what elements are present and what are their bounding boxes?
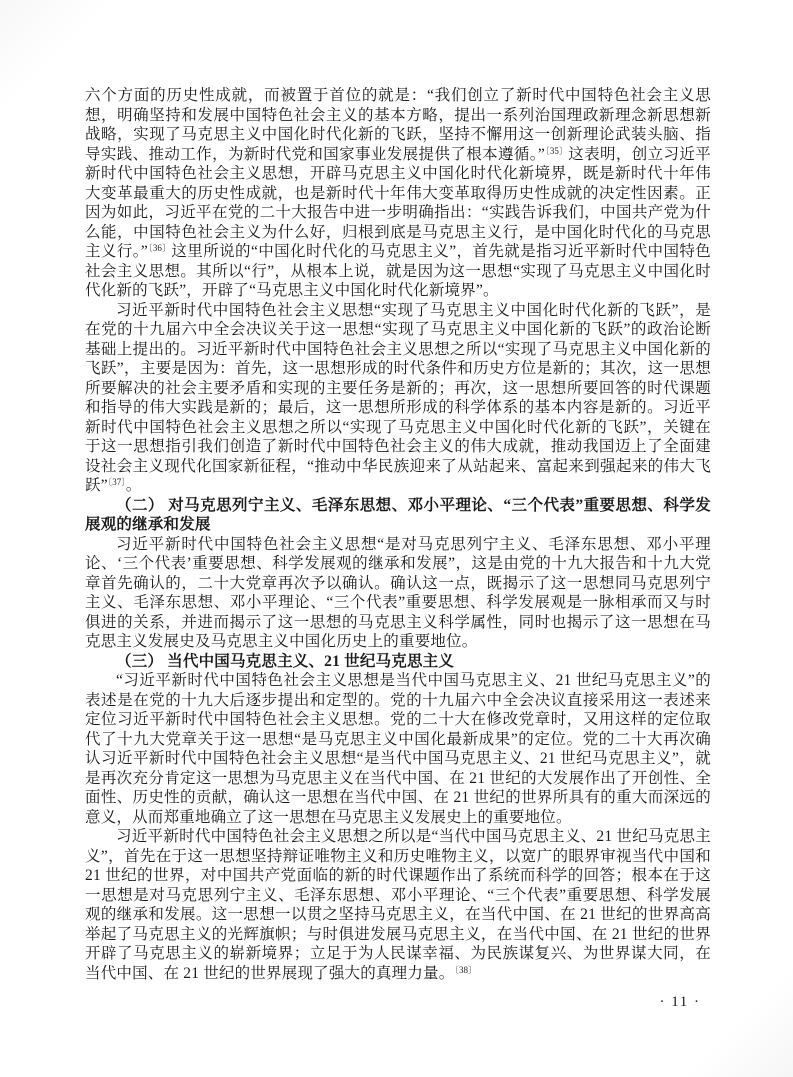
footnote-marker: 〔36〕 bbox=[148, 243, 171, 253]
footnote-marker: 〔37〕 bbox=[108, 477, 126, 487]
footnote-marker: 〔38〕 bbox=[454, 965, 477, 975]
section-heading: （二） 对马克思列宁主义、毛泽东思想、邓小平理论、“三个代表”重要思想、科学发展… bbox=[85, 496, 711, 535]
footnote-marker: 〔35〕 bbox=[545, 146, 568, 156]
section-heading: （三） 当代中国马克思主义、21 世纪马克思主义 bbox=[85, 652, 711, 672]
paragraph: 习近平新时代中国特色社会主义思想“是对马克思列宁主义、毛泽东思想、邓小平理论、‘… bbox=[85, 535, 711, 652]
paragraph: “习近平新时代中国特色社会主义思想是当代中国马克思主义、21 世纪马克思主义”的… bbox=[85, 671, 711, 827]
paragraph: 习近平新时代中国特色社会主义思想“实现了马克思主义中国化时代化新的飞跃”，是在党… bbox=[85, 301, 711, 496]
paragraph: 习近平新时代中国特色社会主义思想之所以是“当代中国马克思主义、21 世纪马克思主… bbox=[85, 827, 711, 983]
document-page: 六个方面的历史性成就，而被置于首位的就是：“我们创立了新时代中国特色社会主义思想… bbox=[0, 0, 793, 1077]
page-text: 六个方面的历史性成就，而被置于首位的就是：“我们创立了新时代中国特色社会主义思想… bbox=[85, 86, 711, 983]
paragraph: 六个方面的历史性成就，而被置于首位的就是：“我们创立了新时代中国特色社会主义思想… bbox=[85, 86, 711, 301]
page-number: · 11 · bbox=[650, 994, 710, 1011]
